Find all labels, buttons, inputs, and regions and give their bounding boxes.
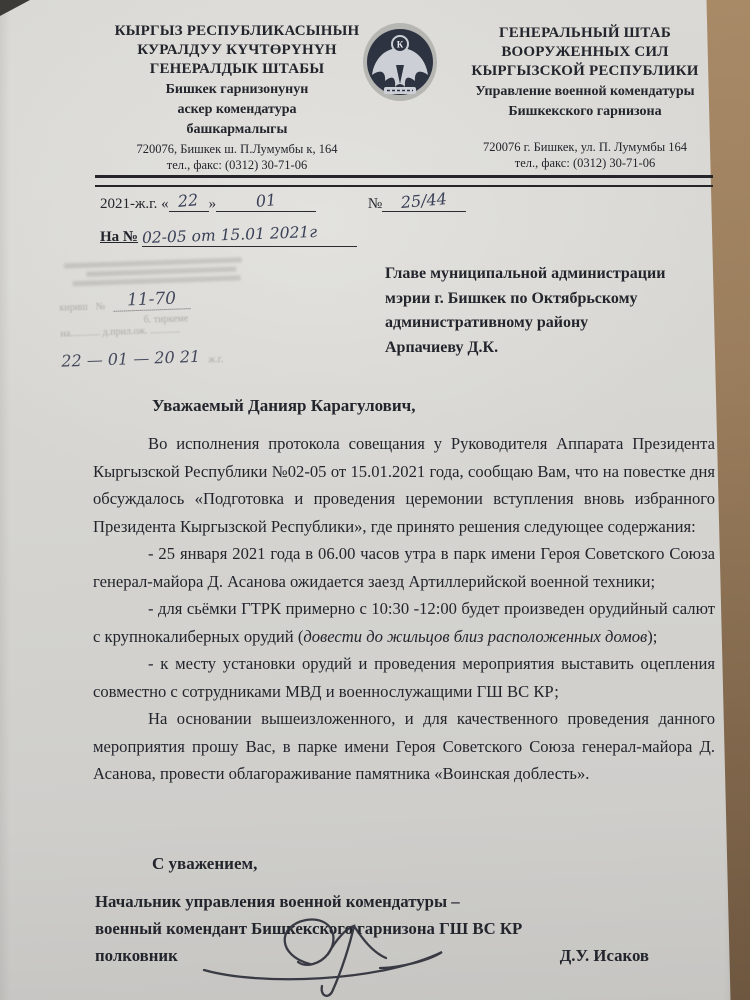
address-line: 720076, Бишкек ш. П.Лумумбы к, 164 <box>86 141 388 157</box>
org-name-line: ГЕНЕРАЛЬНЫЙ ШТАБ <box>438 24 732 43</box>
closing-phrase: С уважением, <box>152 854 257 874</box>
address-left: 720076, Бишкек ш. П.Лумумбы к, 164 тел.,… <box>86 141 388 173</box>
number-label: № <box>368 196 382 212</box>
salutation: Уважаемый Данияр Карагулович, <box>152 396 416 416</box>
addressee-block: Главе муниципальной администрации мэрии … <box>385 262 720 360</box>
body-paragraph-1: Во исполнения протокола совещания у Руко… <box>93 430 715 540</box>
scanned-letter-photo: КЫРГЫЗ РЕСПУБЛИКАСЫНЫН КУРАЛДУУ КҮЧТӨРҮН… <box>0 0 750 1000</box>
date-prefix: 2021-ж.г. « <box>100 196 169 212</box>
emblem-letter: К <box>397 40 404 50</box>
body-paragraph-3-italic: довести до жильцов близ расположенных до… <box>303 627 647 646</box>
number-slot: 25/44 <box>382 193 466 212</box>
stamp-faded-text <box>73 275 241 286</box>
reply-slot: 02-05 от 15.01 2021г <box>142 227 357 247</box>
org-sub-line: Управление военной комендатуры <box>438 83 732 101</box>
stamp-date-handwritten: 22 — 01 — 20 21 <box>61 347 200 371</box>
body-paragraph-5: На основании вышеизложенного, и для каче… <box>93 705 715 788</box>
org-name-line: КЫРГЫЗСКОЙ РЕСПУБЛИКИ <box>438 62 732 81</box>
org-sub-line: аскер комендатура <box>86 101 388 119</box>
body-paragraph-3: - для сьёмки ГТРК примерно с 10:30 -12:0… <box>93 595 715 650</box>
letter-body: Во исполнения протокола совещания у Руко… <box>93 430 715 788</box>
address-line: тел., факс: (0312) 30-71-06 <box>438 155 732 171</box>
reply-handwritten: 02-05 от 15.01 2021г <box>141 223 317 247</box>
signer-rank: полковник <box>95 942 178 969</box>
letterhead-left: КЫРГЫЗ РЕСПУБЛИКАСЫНЫН КУРАЛДУУ КҮЧТӨРҮН… <box>86 22 388 139</box>
addressee-line: административному району <box>385 311 720 336</box>
org-sub-line: Бишкек гарнизонунун <box>86 81 388 99</box>
registration-stamp: кириш № 11-70 б. тиркеме на............ … <box>58 252 274 389</box>
letterhead-right: ГЕНЕРАЛЬНЫЙ ШТАБ ВООРУЖЕННЫХ СИЛ КЫРГЫЗС… <box>438 24 732 121</box>
body-paragraph-2: - 25 января 2021 года в 06.00 часов утра… <box>93 540 715 595</box>
org-sub-line: башкармалыгы <box>86 121 388 139</box>
org-name-line: ГЕНЕРАЛДЫК ШТАБЫ <box>86 60 388 79</box>
date-month-slot: 01 <box>216 193 316 212</box>
stamp-date-suffix: ж.г. <box>208 354 223 366</box>
addressee-line: Арпачиеву Д.К. <box>385 336 720 361</box>
stamp-faded-text <box>86 267 236 277</box>
address-line: 720076 г. Бишкек, ул. П. Лумумбы 164 <box>438 139 732 155</box>
reply-label: На № <box>100 229 138 245</box>
reference-line: 2021-ж.г. «22»01 №25/44 <box>100 193 466 213</box>
stamp-number-label: № <box>96 301 106 312</box>
date-day-handwritten: 22 <box>177 190 199 211</box>
addressee-line: мэрии г. Бишкек по Октябрьскому <box>385 287 720 312</box>
address-right: 720076 г. Бишкек, ул. П. Лумумбы 164 тел… <box>438 139 732 171</box>
date-month-handwritten: 01 <box>255 190 277 211</box>
stamp-entry-label: кириш <box>59 302 88 314</box>
general-staff-eagle-emblem: К <box>361 20 439 102</box>
body-paragraph-3-end: ); <box>647 627 657 646</box>
addressee-line: Главе муниципальной администрации <box>385 262 720 287</box>
org-name-line: ВООРУЖЕННЫХ СИЛ <box>438 43 732 62</box>
org-name-line: КЫРГЫЗ РЕСПУБЛИКАСЫНЫН <box>86 22 388 41</box>
date-close-quote: » <box>209 196 217 212</box>
address-line: тел., факс: (0312) 30-71-06 <box>86 157 388 173</box>
body-paragraph-4: - к месту установки орудий и проведения … <box>93 650 715 705</box>
letterhead-divider <box>95 175 713 187</box>
number-handwritten: 25/44 <box>400 189 448 212</box>
signer-name: Д.У. Исаков <box>560 942 649 969</box>
reply-reference-line: На № 02-05 от 15.01 2021г <box>100 227 357 247</box>
signer-title-line: Начальник управления военной комендатуры… <box>95 888 717 915</box>
org-name-line: КУРАЛДУУ КҮЧТӨРҮНҮН <box>86 41 388 60</box>
stamp-number-handwritten: 11-70 <box>113 288 191 312</box>
org-sub-line: Бишкекского гарнизона <box>438 103 732 121</box>
handwritten-signature <box>190 912 460 1000</box>
date-day-slot: 22 <box>169 193 209 212</box>
